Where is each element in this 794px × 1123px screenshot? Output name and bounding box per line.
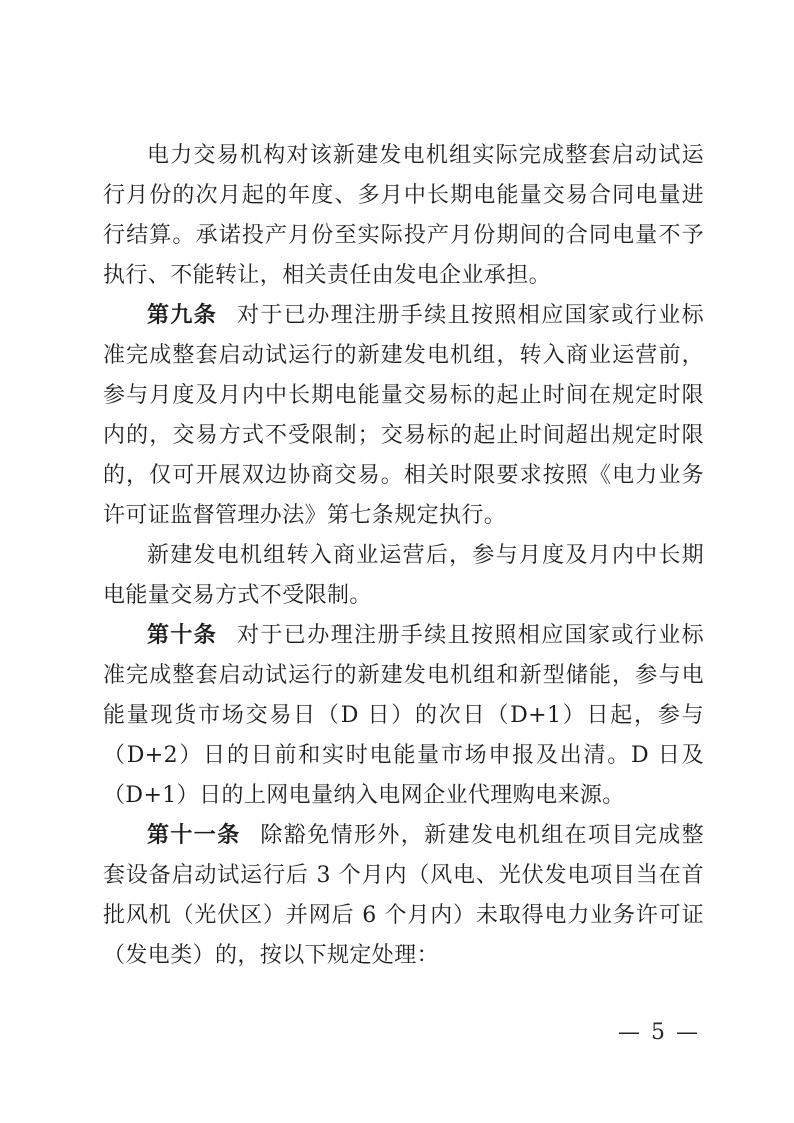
paragraph-commercial-operation: 新建发电机组转入商业运营后，参与月度及月内中长期电能量交易方式不受限制。 <box>103 536 704 616</box>
article-9-number: 第九条 <box>147 303 217 328</box>
paragraph-article-10: 第十条对于已办理注册手续且按照相应国家或行业标准完成整套启动试运行的新建发电机组… <box>103 616 704 816</box>
paragraph-text: 电力交易机构对该新建发电机组实际完成整套启动试运行月份的次月起的年度、多月中长期… <box>103 143 704 288</box>
paragraph-article-11: 第十一条除豁免情形外，新建发电机组在项目完成整套设备启动试运行后 3 个月内（风… <box>103 816 704 976</box>
paragraph-text: 新建发电机组转入商业运营后，参与月度及月内中长期电能量交易方式不受限制。 <box>103 543 704 608</box>
paragraph-settlement: 电力交易机构对该新建发电机组实际完成整套启动试运行月份的次月起的年度、多月中长期… <box>103 136 704 296</box>
paragraph-text: 对于已办理注册手续且按照相应国家或行业标准完成整套启动试运行的新建发电机组和新型… <box>103 623 704 808</box>
page-number: — 5 — <box>618 1020 700 1045</box>
document-body: 电力交易机构对该新建发电机组实际完成整套启动试运行月份的次月起的年度、多月中长期… <box>103 136 704 976</box>
paragraph-article-9: 第九条对于已办理注册手续且按照相应国家或行业标准完成整套启动试运行的新建发电机组… <box>103 296 704 536</box>
article-10-number: 第十条 <box>147 623 217 648</box>
paragraph-text: 对于已办理注册手续且按照相应国家或行业标准完成整套启动试运行的新建发电机组，转入… <box>103 303 704 528</box>
document-page: 电力交易机构对该新建发电机组实际完成整套启动试运行月份的次月起的年度、多月中长期… <box>0 0 794 1123</box>
article-11-number: 第十一条 <box>147 823 241 848</box>
